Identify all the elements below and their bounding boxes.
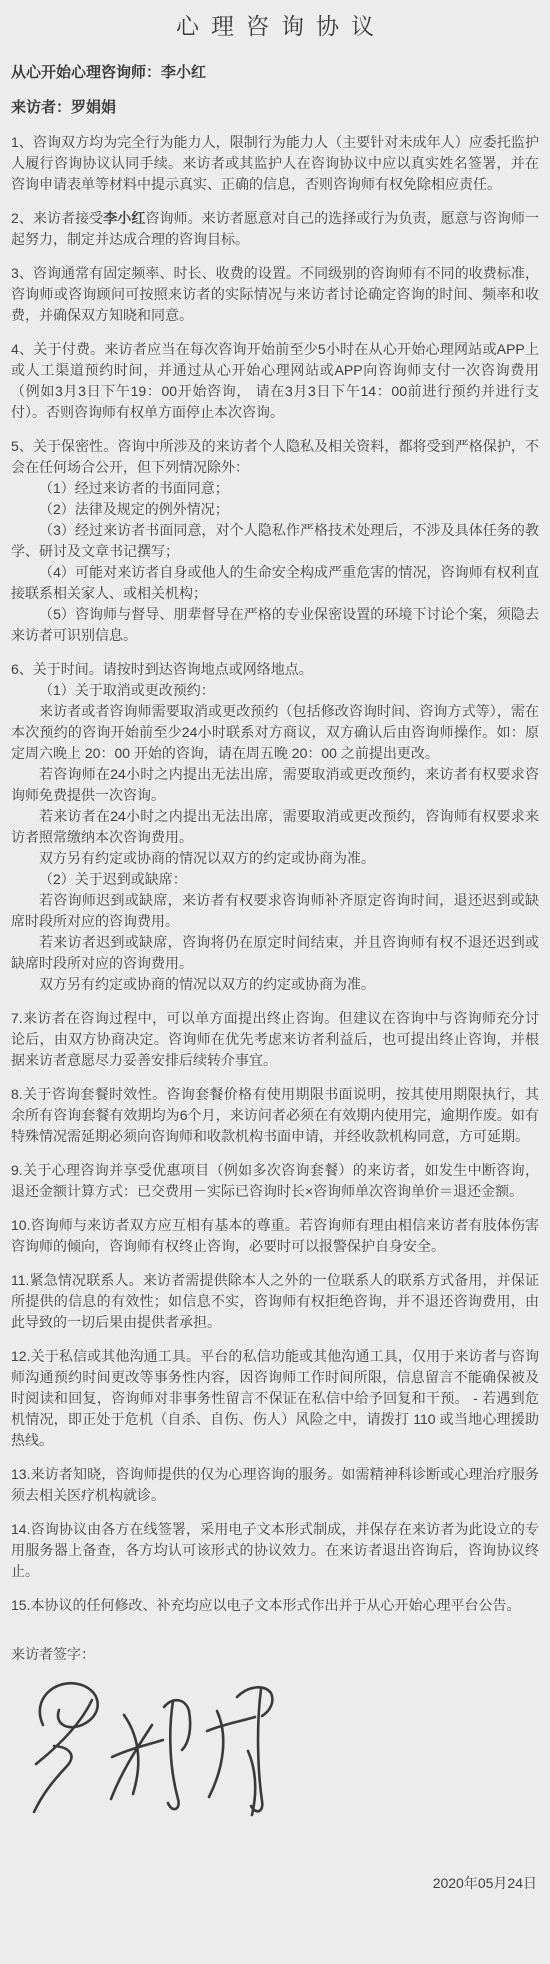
clause-sub-text: （5）咨询师与督导、朋辈督导在严格的专业保密设置的环境下讨论个案，须隐去来访者可… xyxy=(11,604,539,646)
clause: 10.咨询师与来访者双方应互相有基本的尊重。若咨询师有理由相信来访者有肢体伤害咨… xyxy=(11,1215,539,1257)
clause-sub-text: 若来访者在24小时之内提出无法出席，需要取消或更改预约，咨询师有权要求来访者照常… xyxy=(11,806,539,848)
clause-text: 3、咨询通常有固定频率、时长、收费的设置。不同级别的咨询师有不同的收费标准，咨询… xyxy=(11,263,539,326)
clause: 5、关于保密性。咨询中所涉及的来访者个人隐私及相关资料，都将受到严格保护，不会在… xyxy=(11,436,539,646)
clause: 9.关于心理咨询并享受优惠项目（例如多次咨询套餐）的来访者，如发生中断咨询，退还… xyxy=(11,1160,539,1202)
signature-label: 来访者签字： xyxy=(11,1644,539,1665)
clause-text: 7.来访者在咨询过程中，可以单方面提出终止咨询。但建议在咨询中与咨询师充分讨论后… xyxy=(11,1008,539,1071)
clause: 2、来访者接受李小红咨询师。来访者愿意对自己的选择或行为负责，愿意与咨询师一起努… xyxy=(11,208,539,250)
clause-text-part: 14.咨询协议由各方在线签署，采用电子文本形式制成，并保存在来访者为此设立的专用… xyxy=(11,1521,539,1579)
counselor-line: 从心开始心理咨询师：李小红 xyxy=(11,62,539,83)
clause-bold-text: 李小红 xyxy=(103,210,145,226)
clause-text: 15.本协议的任何修改、补充均应以电子文本形式作出并于从心开始心理平台公告。 xyxy=(11,1595,539,1616)
agreement-date: 2020年05月24日 xyxy=(11,1873,537,1894)
clause: 12.关于私信或其他沟通工具。平台的私信功能或其他沟通工具，仅用于来访者与咨询师… xyxy=(11,1346,539,1451)
counselor-label: 从心开始心理咨询师： xyxy=(11,64,161,81)
clause-sub-text: （1）关于取消或更改预约： xyxy=(11,680,539,701)
clause-sub-text: 双方另有约定或协商的情况以双方的约定或协商为准。 xyxy=(11,974,539,995)
clause: 13.来访者知晓，咨询师提供的仅为心理咨询的服务。如需精神科诊断或心理治疗服务须… xyxy=(11,1464,539,1506)
clause-text: 9.关于心理咨询并享受优惠项目（例如多次咨询套餐）的来访者，如发生中断咨询，退还… xyxy=(11,1160,539,1202)
clause: 14.咨询协议由各方在线签署，采用电子文本形式制成，并保存在来访者为此设立的专用… xyxy=(11,1519,539,1582)
clause-sub-text: （4）可能对来访者自身或他人的生命安全构成严重危害的情况，咨询师有权利直接联系相… xyxy=(11,562,539,604)
clause-list: 1、咨询双方均为完全行为能力人，限制行为能力人（主要针对未成年人）应委托监护人履… xyxy=(11,132,539,1616)
clause-text: 10.咨询师与来访者双方应互相有基本的尊重。若咨询师有理由相信来访者有肢体伤害咨… xyxy=(11,1215,539,1257)
clause-text-part: 10.咨询师与来访者双方应互相有基本的尊重。若咨询师有理由相信来访者有肢体伤害咨… xyxy=(11,1217,539,1254)
clause: 8.关于咨询套餐时效性。咨询套餐价格有使用期限书面说明，按其使用期限执行，其余所… xyxy=(11,1084,539,1147)
clause-text-part: 4、关于付费。来访者应当在每次咨询开始前至少5小时在从心开始心理网站或APP上或… xyxy=(11,341,539,420)
clause: 6、关于时间。请按时到达咨询地点或网络地点。 （1）关于取消或更改预约：来访者或… xyxy=(11,659,539,995)
clause-text-part: 7.来访者在咨询过程中，可以单方面提出终止咨询。但建议在咨询中与咨询师充分讨论后… xyxy=(11,1010,539,1068)
clause: 1、咨询双方均为完全行为能力人，限制行为能力人（主要针对未成年人）应委托监护人履… xyxy=(11,132,539,195)
clause-sub-text: 若来访者迟到或缺席，咨询将仍在原定时间结束，并且咨询师有权不退还迟到或缺席时段所… xyxy=(11,932,539,974)
clause-sub-text: （3）经过来访者书面同意，对个人隐私作严格技术处理后，不涉及具体任务的教学、研讨… xyxy=(11,520,539,562)
clause-text-part: 9.关于心理咨询并享受优惠项目（例如多次咨询套餐）的来访者，如发生中断咨询，退还… xyxy=(11,1162,539,1199)
visitor-signature xyxy=(21,1673,539,1829)
clause-sub-text: 来访者或者咨询师需要取消或更改预约（包括修改咨询时间、咨询方式等），需在本次预约… xyxy=(11,701,539,764)
clause-text-part: 8.关于咨询套餐时效性。咨询套餐价格有使用期限书面说明，按其使用期限执行，其余所… xyxy=(11,1086,539,1144)
clause-sub-text: （2）法律及规定的例外情况； xyxy=(11,499,539,520)
clause-text-part: 3、咨询通常有固定频率、时长、收费的设置。不同级别的咨询师有不同的收费标准，咨询… xyxy=(11,265,539,323)
clause: 11.紧急情况联系人。来访者需提供除本人之外的一位联系人的联系方式备用，并保证所… xyxy=(11,1270,539,1333)
clause-sub-text: （2）关于迟到或缺席： xyxy=(11,869,539,890)
clause: 4、关于付费。来访者应当在每次咨询开始前至少5小时在从心开始心理网站或APP上或… xyxy=(11,339,539,423)
clause-text-part: 12.关于私信或其他沟通工具。平台的私信功能或其他沟通工具，仅用于来访者与咨询师… xyxy=(11,1348,539,1448)
clause-text: 2、来访者接受李小红咨询师。来访者愿意对自己的选择或行为负责，愿意与咨询师一起努… xyxy=(11,208,539,250)
clause: 7.来访者在咨询过程中，可以单方面提出终止咨询。但建议在咨询中与咨询师充分讨论后… xyxy=(11,1008,539,1071)
clause-text-part: 15.本协议的任何修改、补充均应以电子文本形式作出并于从心开始心理平台公告。 xyxy=(11,1597,520,1613)
clause-sub-text: 若咨询师在24小时之内提出无法出席，需要取消或更改预约，来访者有权要求咨询师免费… xyxy=(11,764,539,806)
clause-text-part: 2、来访者接受 xyxy=(11,210,103,226)
signature-handwriting-image xyxy=(21,1673,286,1825)
clause-sub-text: （1）经过来访者的书面同意； xyxy=(11,478,539,499)
clause-text-part: 1、咨询双方均为完全行为能力人，限制行为能力人（主要针对未成年人）应委托监护人履… xyxy=(11,134,539,192)
clause: 3、咨询通常有固定频率、时长、收费的设置。不同级别的咨询师有不同的收费标准，咨询… xyxy=(11,263,539,326)
clause-text: 8.关于咨询套餐时效性。咨询套餐价格有使用期限书面说明，按其使用期限执行，其余所… xyxy=(11,1084,539,1147)
clause: 15.本协议的任何修改、补充均应以电子文本形式作出并于从心开始心理平台公告。 xyxy=(11,1595,539,1616)
visitor-line: 来访者：罗娟娟 xyxy=(11,97,539,118)
clause-sub-text: 若咨询师迟到或缺席，来访者有权要求咨询师补齐原定咨询时间，退还迟到或缺席时段所对… xyxy=(11,890,539,932)
clause-text: 1、咨询双方均为完全行为能力人，限制行为能力人（主要针对未成年人）应委托监护人履… xyxy=(11,132,539,195)
visitor-name: 罗娟娟 xyxy=(71,99,116,116)
clause-text: 11.紧急情况联系人。来访者需提供除本人之外的一位联系人的联系方式备用，并保证所… xyxy=(11,1270,539,1333)
clause-text: 6、关于时间。请按时到达咨询地点或网络地点。 xyxy=(11,659,539,680)
clause-text: 14.咨询协议由各方在线签署，采用电子文本形式制成，并保存在来访者为此设立的专用… xyxy=(11,1519,539,1582)
agreement-document: 心理咨询协议 从心开始心理咨询师：李小红 来访者：罗娟娟 1、咨询双方均为完全行… xyxy=(0,0,550,1964)
visitor-label: 来访者： xyxy=(11,99,71,116)
counselor-name: 李小红 xyxy=(161,64,206,81)
clause-text: 13.来访者知晓，咨询师提供的仅为心理咨询的服务。如需精神科诊断或心理治疗服务须… xyxy=(11,1464,539,1506)
clause-text: 5、关于保密性。咨询中所涉及的来访者个人隐私及相关资料，都将受到严格保护，不会在… xyxy=(11,436,539,478)
clause-text-part: 13.来访者知晓，咨询师提供的仅为心理咨询的服务。如需精神科诊断或心理治疗服务须… xyxy=(11,1466,539,1503)
clause-text-part: 6、关于时间。请按时到达咨询地点或网络地点。 xyxy=(11,661,313,677)
clause-text: 12.关于私信或其他沟通工具。平台的私信功能或其他沟通工具，仅用于来访者与咨询师… xyxy=(11,1346,539,1451)
page-title: 心理咨询协议 xyxy=(11,12,539,42)
clause-sub-text: 双方另有约定或协商的情况以双方的约定或协商为准。 xyxy=(11,848,539,869)
clause-text: 4、关于付费。来访者应当在每次咨询开始前至少5小时在从心开始心理网站或APP上或… xyxy=(11,339,539,423)
clause-text-part: 11.紧急情况联系人。来访者需提供除本人之外的一位联系人的联系方式备用，并保证所… xyxy=(11,1272,539,1330)
clause-text-part: 5、关于保密性。咨询中所涉及的来访者个人隐私及相关资料，都将受到严格保护，不会在… xyxy=(11,438,539,475)
